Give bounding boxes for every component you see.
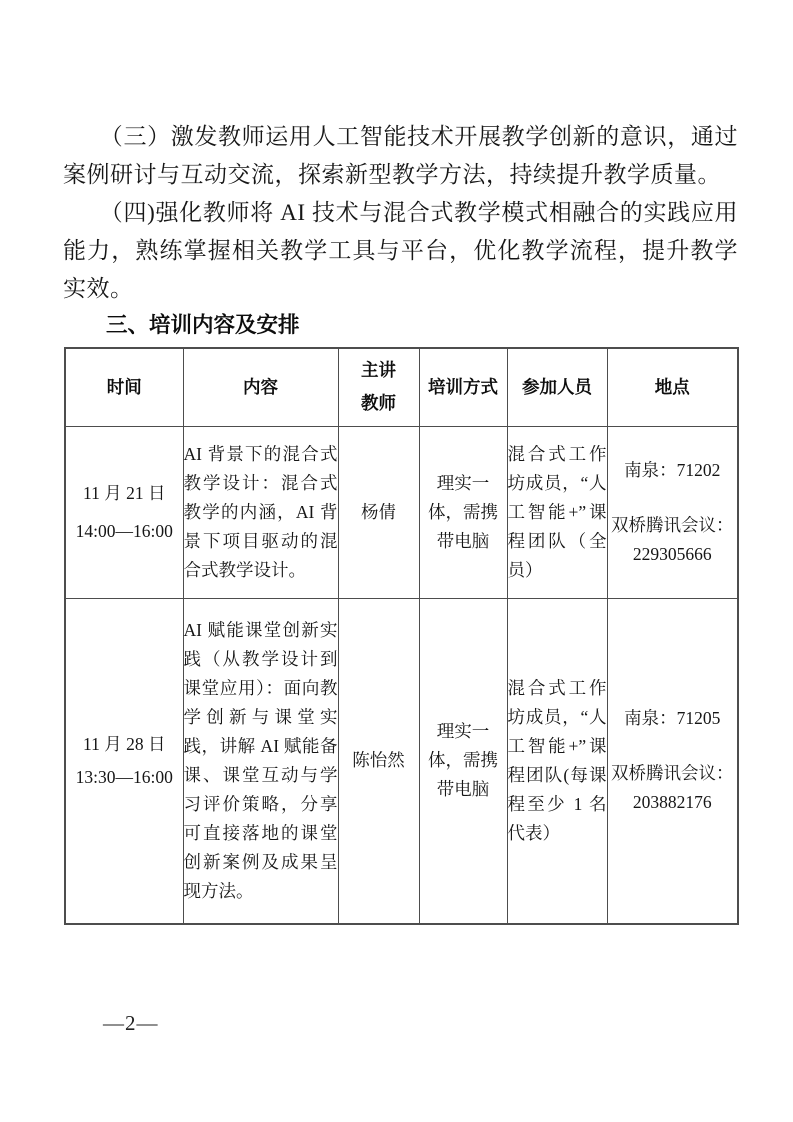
session-date: 11 月 28 日	[66, 730, 183, 759]
training-schedule-table: 时间 内容 主讲教师 培训方式 参加人员 地点 11 月 21 日 14:00—…	[64, 347, 739, 925]
session-time-range: 14:00—16:00	[66, 517, 183, 546]
location-meeting-id: 229305666	[608, 540, 738, 569]
cell-method: 理实一体，需携带电脑	[419, 598, 507, 924]
location-spacer	[608, 733, 738, 759]
paragraph-item-3: （三）激发教师运用人工智能技术开展教学创新的意识，通过案例研讨与互动交流，探索新…	[63, 118, 738, 194]
table-header-row: 时间 内容 主讲教师 培训方式 参加人员 地点	[65, 348, 738, 426]
cell-participants: 混合式工作坊成员，“人工智能+”课程团队(每课程至少 1 名代表）	[507, 598, 607, 924]
section-heading: 三、培训内容及安排	[63, 310, 738, 340]
col-header-method: 培训方式	[419, 348, 507, 426]
location-meeting-id: 203882176	[608, 788, 738, 817]
col-header-participants: 参加人员	[507, 348, 607, 426]
cell-method: 理实一体，需携带电脑	[419, 426, 507, 598]
table-row: 11 月 28 日 13:30—16:00 AI 赋能课堂创新实践（从教学设计到…	[65, 598, 738, 924]
paragraph-item-4: （四)强化教师将 AI 技术与混合式教学模式相融合的实践应用能力，熟练掌握相关教…	[63, 194, 738, 308]
location-room: 南泉：71202	[608, 456, 738, 485]
page-number: —2—	[103, 1011, 159, 1036]
location-meeting-label: 双桥腾讯会议：	[608, 511, 738, 540]
cell-teacher: 陈怡然	[338, 598, 419, 924]
col-header-content: 内容	[183, 348, 338, 426]
cell-content: AI 背景下的混合式教学设计：混合式教学的内涵，AI 背景下项目驱动的混合式教学…	[183, 426, 338, 598]
table-row: 11 月 21 日 14:00—16:00 AI 背景下的混合式教学设计：混合式…	[65, 426, 738, 598]
cell-time: 11 月 21 日 14:00—16:00	[65, 426, 183, 598]
cell-location: 南泉：71205 双桥腾讯会议： 203882176	[607, 598, 738, 924]
cell-time: 11 月 28 日 13:30—16:00	[65, 598, 183, 924]
document-page: （三）激发教师运用人工智能技术开展教学创新的意识，通过案例研讨与互动交流，探索新…	[63, 118, 738, 925]
cell-content: AI 赋能课堂创新实践（从教学设计到课堂应用）：面向教学创新与课堂实践，讲解 A…	[183, 598, 338, 924]
location-meeting-label: 双桥腾讯会议：	[608, 759, 738, 788]
location-spacer	[608, 485, 738, 511]
cell-teacher: 杨倩	[338, 426, 419, 598]
col-header-time: 时间	[65, 348, 183, 426]
col-header-teacher-label: 主讲教师	[361, 354, 396, 420]
cell-location: 南泉：71202 双桥腾讯会议： 229305666	[607, 426, 738, 598]
location-room: 南泉：71205	[608, 704, 738, 733]
session-time-range: 13:30—16:00	[66, 763, 183, 792]
col-header-teacher: 主讲教师	[338, 348, 419, 426]
cell-participants: 混合式工作坊成员，“人工智能+”课程团队（全员）	[507, 426, 607, 598]
session-date: 11 月 21 日	[66, 479, 183, 508]
col-header-location: 地点	[607, 348, 738, 426]
